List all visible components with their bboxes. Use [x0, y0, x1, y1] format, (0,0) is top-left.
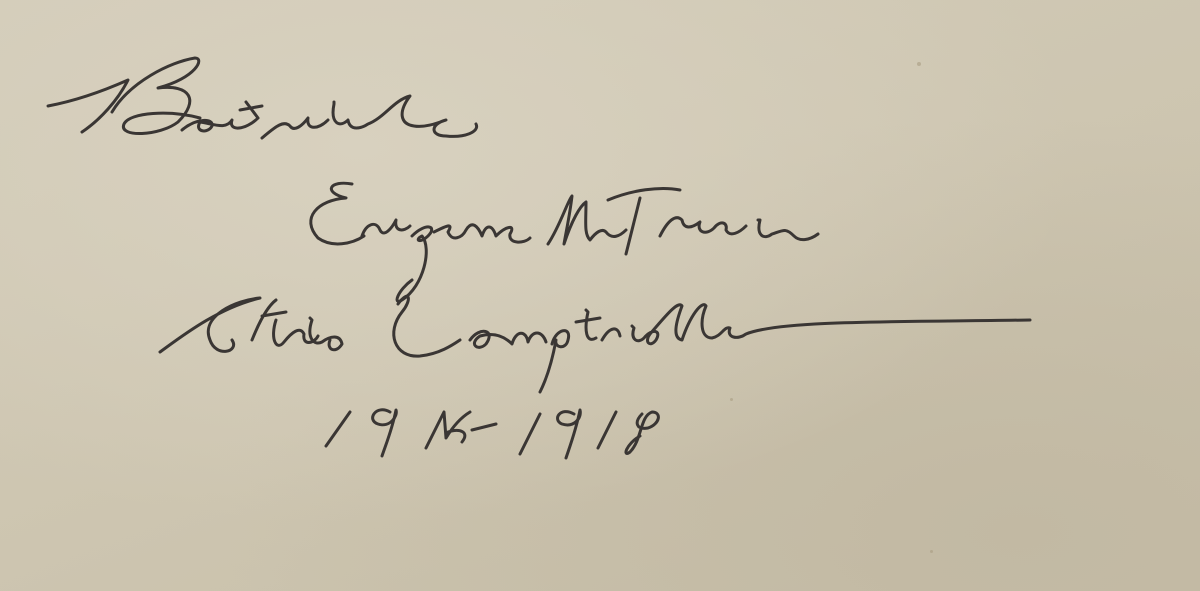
paper-background: Best wishes Eugene M Travis State Comptr…: [0, 0, 1200, 591]
handwriting-years: [326, 410, 658, 458]
paper-speck: [730, 398, 733, 401]
handwriting-name: [311, 183, 818, 301]
handwriting-ink: [0, 0, 1200, 591]
handwriting-best-wishes: [48, 58, 477, 138]
paper-speck: [930, 550, 933, 553]
paper-speck: [917, 62, 921, 66]
handwriting-title: [160, 296, 1030, 392]
